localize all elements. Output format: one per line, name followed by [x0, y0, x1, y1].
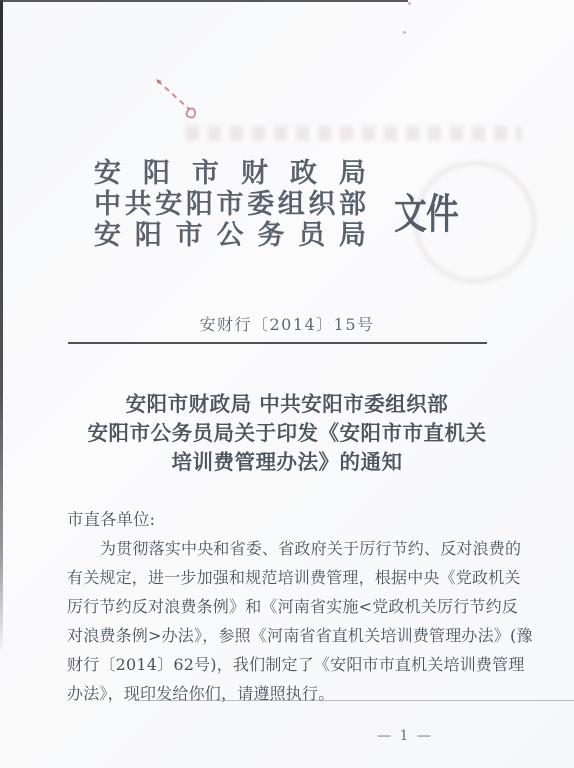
page-number: — 1 —	[360, 728, 450, 744]
bleed-through-text-row	[186, 126, 522, 141]
body-line: 有关规定，进一步加强和规范培训费管理，根据中央《党政机关	[67, 563, 517, 592]
title-line-3: 培训费管理办法》的通知	[0, 448, 574, 477]
doc-reference-number: 安财行〔2014〕15号	[0, 312, 574, 335]
body-line: 厉行节约反对浪费条例》和《河南省实施<党政机关厉行节约反	[67, 592, 517, 621]
ink-speck	[408, 2, 411, 5]
org-line-1: 安阳市财政局	[94, 158, 366, 189]
doc-type-label: 文件	[394, 181, 458, 240]
ink-speck	[403, 31, 406, 34]
scan-edge-top	[0, 0, 408, 2]
letterhead-rule	[68, 342, 487, 344]
title-line-2: 安阳市公务员局关于印发《安阳市市直机关	[0, 419, 574, 448]
title-line-1: 安阳市财政局 中共安阳市委组织部	[0, 390, 574, 419]
red-pen-mark	[140, 66, 212, 132]
body-line: 财行〔2014〕62号)，我们制定了《安阳市市直机关培训费管理	[67, 650, 517, 679]
org-line-2: 中共安阳市委组织部	[94, 189, 366, 220]
body-line: 对浪费条例>办法》，参照《河南省省直机关培训费管理办法》(豫	[67, 621, 517, 650]
org-line-3: 安阳市公务员局	[94, 220, 366, 251]
body-line: 办法》，现印发给你们，请遵照执行。	[67, 679, 517, 708]
issuing-orgs: 安阳市财政局 中共安阳市委组织部 安阳市公务员局	[94, 158, 366, 251]
body-line: 为贯彻落实中央和省委、省政府关于厉行节约、反对浪费的	[67, 534, 517, 563]
salutation: 市直各单位:	[67, 505, 155, 534]
body-paragraph: 为贯彻落实中央和省委、省政府关于厉行节约、反对浪费的 有关规定，进一步加强和规范…	[67, 534, 517, 708]
scanned-document-page: 安阳市财政局 中共安阳市委组织部 安阳市公务员局 文件 安财行〔2014〕15号…	[0, 0, 574, 768]
document-title: 安阳市财政局 中共安阳市委组织部 安阳市公务员局关于印发《安阳市市直机关 培训费…	[0, 390, 574, 477]
